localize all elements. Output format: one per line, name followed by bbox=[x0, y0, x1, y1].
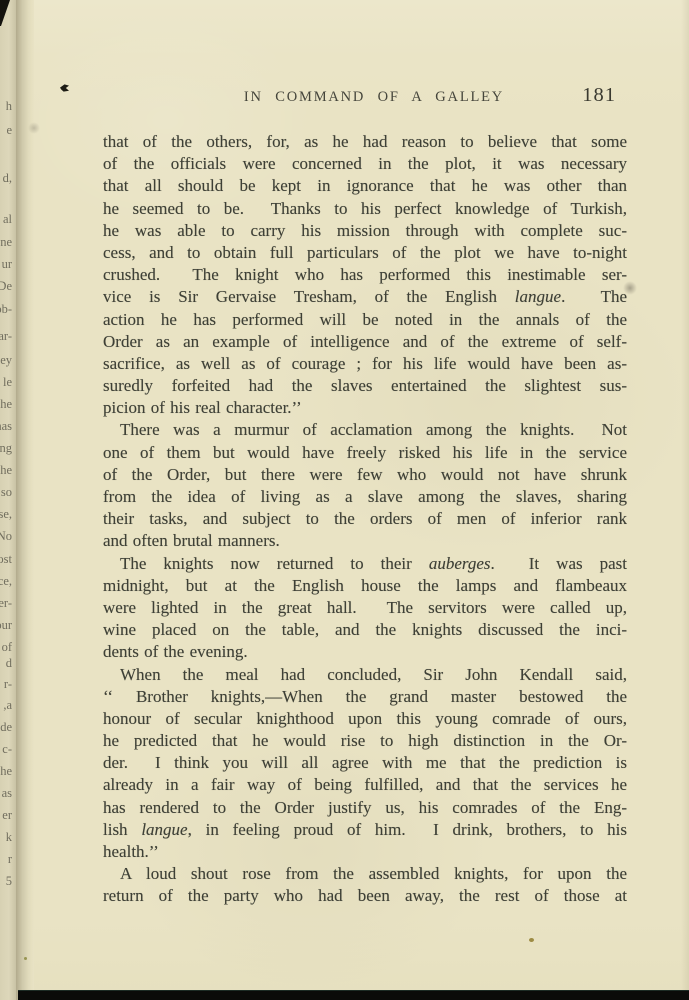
text-line: der. I think you will all agree with me … bbox=[103, 752, 627, 774]
text-line: midnight, but at the English house the l… bbox=[103, 575, 627, 597]
text-line: picion of his real character.’’ bbox=[103, 397, 627, 419]
text-line: vice is Sir Gervaise Tresham, of the Eng… bbox=[103, 286, 627, 308]
page-edge-text-fragment: ce, bbox=[0, 575, 12, 588]
text-block: that of the others, for, as he had reaso… bbox=[103, 131, 627, 908]
page-edge-text-fragment: de bbox=[0, 721, 12, 734]
page-edge-text-fragment: ar- bbox=[0, 330, 12, 343]
page-edge-text-fragment: so bbox=[1, 486, 12, 499]
text-line: action he has performed will be noted in… bbox=[103, 309, 627, 331]
page-edge-text-fragment: ost bbox=[0, 553, 12, 566]
page-edge-text-fragment: r bbox=[8, 853, 12, 866]
page-edge-text-fragment: as bbox=[2, 787, 12, 800]
text-line: suredly forfeited had the slaves enterta… bbox=[103, 375, 627, 397]
page-edge-text-fragment: r- bbox=[4, 678, 12, 691]
text-line: When the meal had concluded, Sir John Ke… bbox=[103, 664, 627, 686]
text-line: A loud shout rose from the assembled kni… bbox=[103, 863, 627, 885]
text-line: has rendered to the Order justify us, hi… bbox=[103, 797, 627, 819]
page-edge-text-fragment: al bbox=[3, 213, 12, 226]
text-line: crushed. The knight who has performed th… bbox=[103, 264, 627, 286]
page-edge-text-fragment: he bbox=[0, 765, 12, 778]
text-line: Order as an example of intelligence and … bbox=[103, 331, 627, 353]
scanned-book-page: hed,alneurDeob-ar-eylethehasongthesose,N… bbox=[0, 0, 689, 1000]
text-line: their tasks, and subject to the orders o… bbox=[103, 508, 627, 530]
text-line: honour of secular knighthood upon this y… bbox=[103, 708, 627, 730]
text-line: cess, and to obtain full particulars of … bbox=[103, 242, 627, 264]
page-edge-text-fragment: d, bbox=[3, 172, 12, 185]
gutter-smudge bbox=[28, 122, 40, 134]
page-edge-text-fragment: c- bbox=[2, 743, 12, 756]
page-edge-text-fragment: ne bbox=[0, 236, 12, 249]
small-fleck bbox=[24, 957, 27, 960]
page-edge-text-fragment: le bbox=[3, 376, 12, 389]
text-line: that of the others, for, as he had reaso… bbox=[103, 131, 627, 153]
text-line: wine placed on the table, and the knight… bbox=[103, 619, 627, 641]
text-line: from the idea of living as a slave among… bbox=[103, 486, 627, 508]
text-line: return of the party who had been away, t… bbox=[103, 885, 627, 907]
text-line: lish langue, in feeling proud of him. I … bbox=[103, 819, 627, 841]
olive-fleck bbox=[529, 938, 534, 942]
text-line: ‘‘ Brother knights,—When the grand maste… bbox=[103, 686, 627, 708]
page-number: 181 bbox=[582, 84, 616, 107]
text-line: dents of the evening. bbox=[103, 641, 627, 663]
page-edge-text-fragment: e bbox=[6, 124, 12, 137]
text-line: of the Order, but there were few who wou… bbox=[103, 464, 627, 486]
page-edge-text-fragment: of bbox=[2, 641, 12, 654]
text-line: he was able to carry his mission through… bbox=[103, 220, 627, 242]
text-line: he predicted that he would rise to high … bbox=[103, 730, 627, 752]
page-edge-text-fragment: se, bbox=[0, 508, 12, 521]
text-line: that all should be kept in ignorance tha… bbox=[103, 175, 627, 197]
text-line: The knights now returned to their auberg… bbox=[103, 553, 627, 575]
page-edge-text-fragment: ur bbox=[2, 258, 12, 271]
text-line: health.’’ bbox=[103, 841, 627, 863]
scan-bottom-border bbox=[18, 990, 689, 1000]
page-edge-text-fragment: ob- bbox=[0, 303, 12, 316]
page-edge-text-fragment: ,a bbox=[3, 699, 12, 712]
page-edge-text-fragment: the bbox=[0, 398, 12, 411]
facing-page-fragments: hed,alneurDeob-ar-eylethehasongthesose,N… bbox=[0, 0, 13, 1000]
gutter-shadow bbox=[16, 0, 34, 1000]
page-edge-text-fragment: d bbox=[6, 657, 12, 670]
page-title: IN COMMAND OF A GALLEY bbox=[244, 89, 504, 106]
text-line: There was a murmur of acclamation among … bbox=[103, 419, 627, 441]
page-edge-text-fragment: ong bbox=[0, 442, 12, 455]
page-edge-text-fragment: De bbox=[0, 280, 12, 293]
text-line: already in a fair way of being fulfilled… bbox=[103, 774, 627, 796]
page-edge-text-fragment: ey bbox=[0, 354, 12, 367]
text-line: of the officials were concerned in the p… bbox=[103, 153, 627, 175]
text-line: sacrifice, as well as of courage ; for h… bbox=[103, 353, 627, 375]
text-line: and often brutal manners. bbox=[103, 530, 627, 552]
page-edge-text-fragment: No bbox=[0, 530, 12, 543]
page-right-edge-shade bbox=[681, 0, 689, 1000]
page-edge-text-fragment: the bbox=[0, 464, 12, 477]
text-line: he seemed to be. Thanks to his perfect k… bbox=[103, 198, 627, 220]
ink-speck-mark bbox=[60, 84, 69, 92]
page-edge-text-fragment: 5 bbox=[6, 875, 12, 888]
page-edge-text-fragment: has bbox=[0, 420, 12, 433]
running-head: IN COMMAND OF A GALLEY 181 bbox=[103, 89, 627, 111]
page-edge-text-fragment: our bbox=[0, 619, 12, 632]
page-edge-text-fragment: k bbox=[6, 831, 12, 844]
text-line: were lighted in the great hall. The serv… bbox=[103, 597, 627, 619]
page-edge-text-fragment: h bbox=[6, 100, 12, 113]
text-line: one of them but would have freely risked… bbox=[103, 442, 627, 464]
page-edge-text-fragment: er bbox=[2, 809, 12, 822]
page-edge-text-fragment: er- bbox=[0, 597, 12, 610]
